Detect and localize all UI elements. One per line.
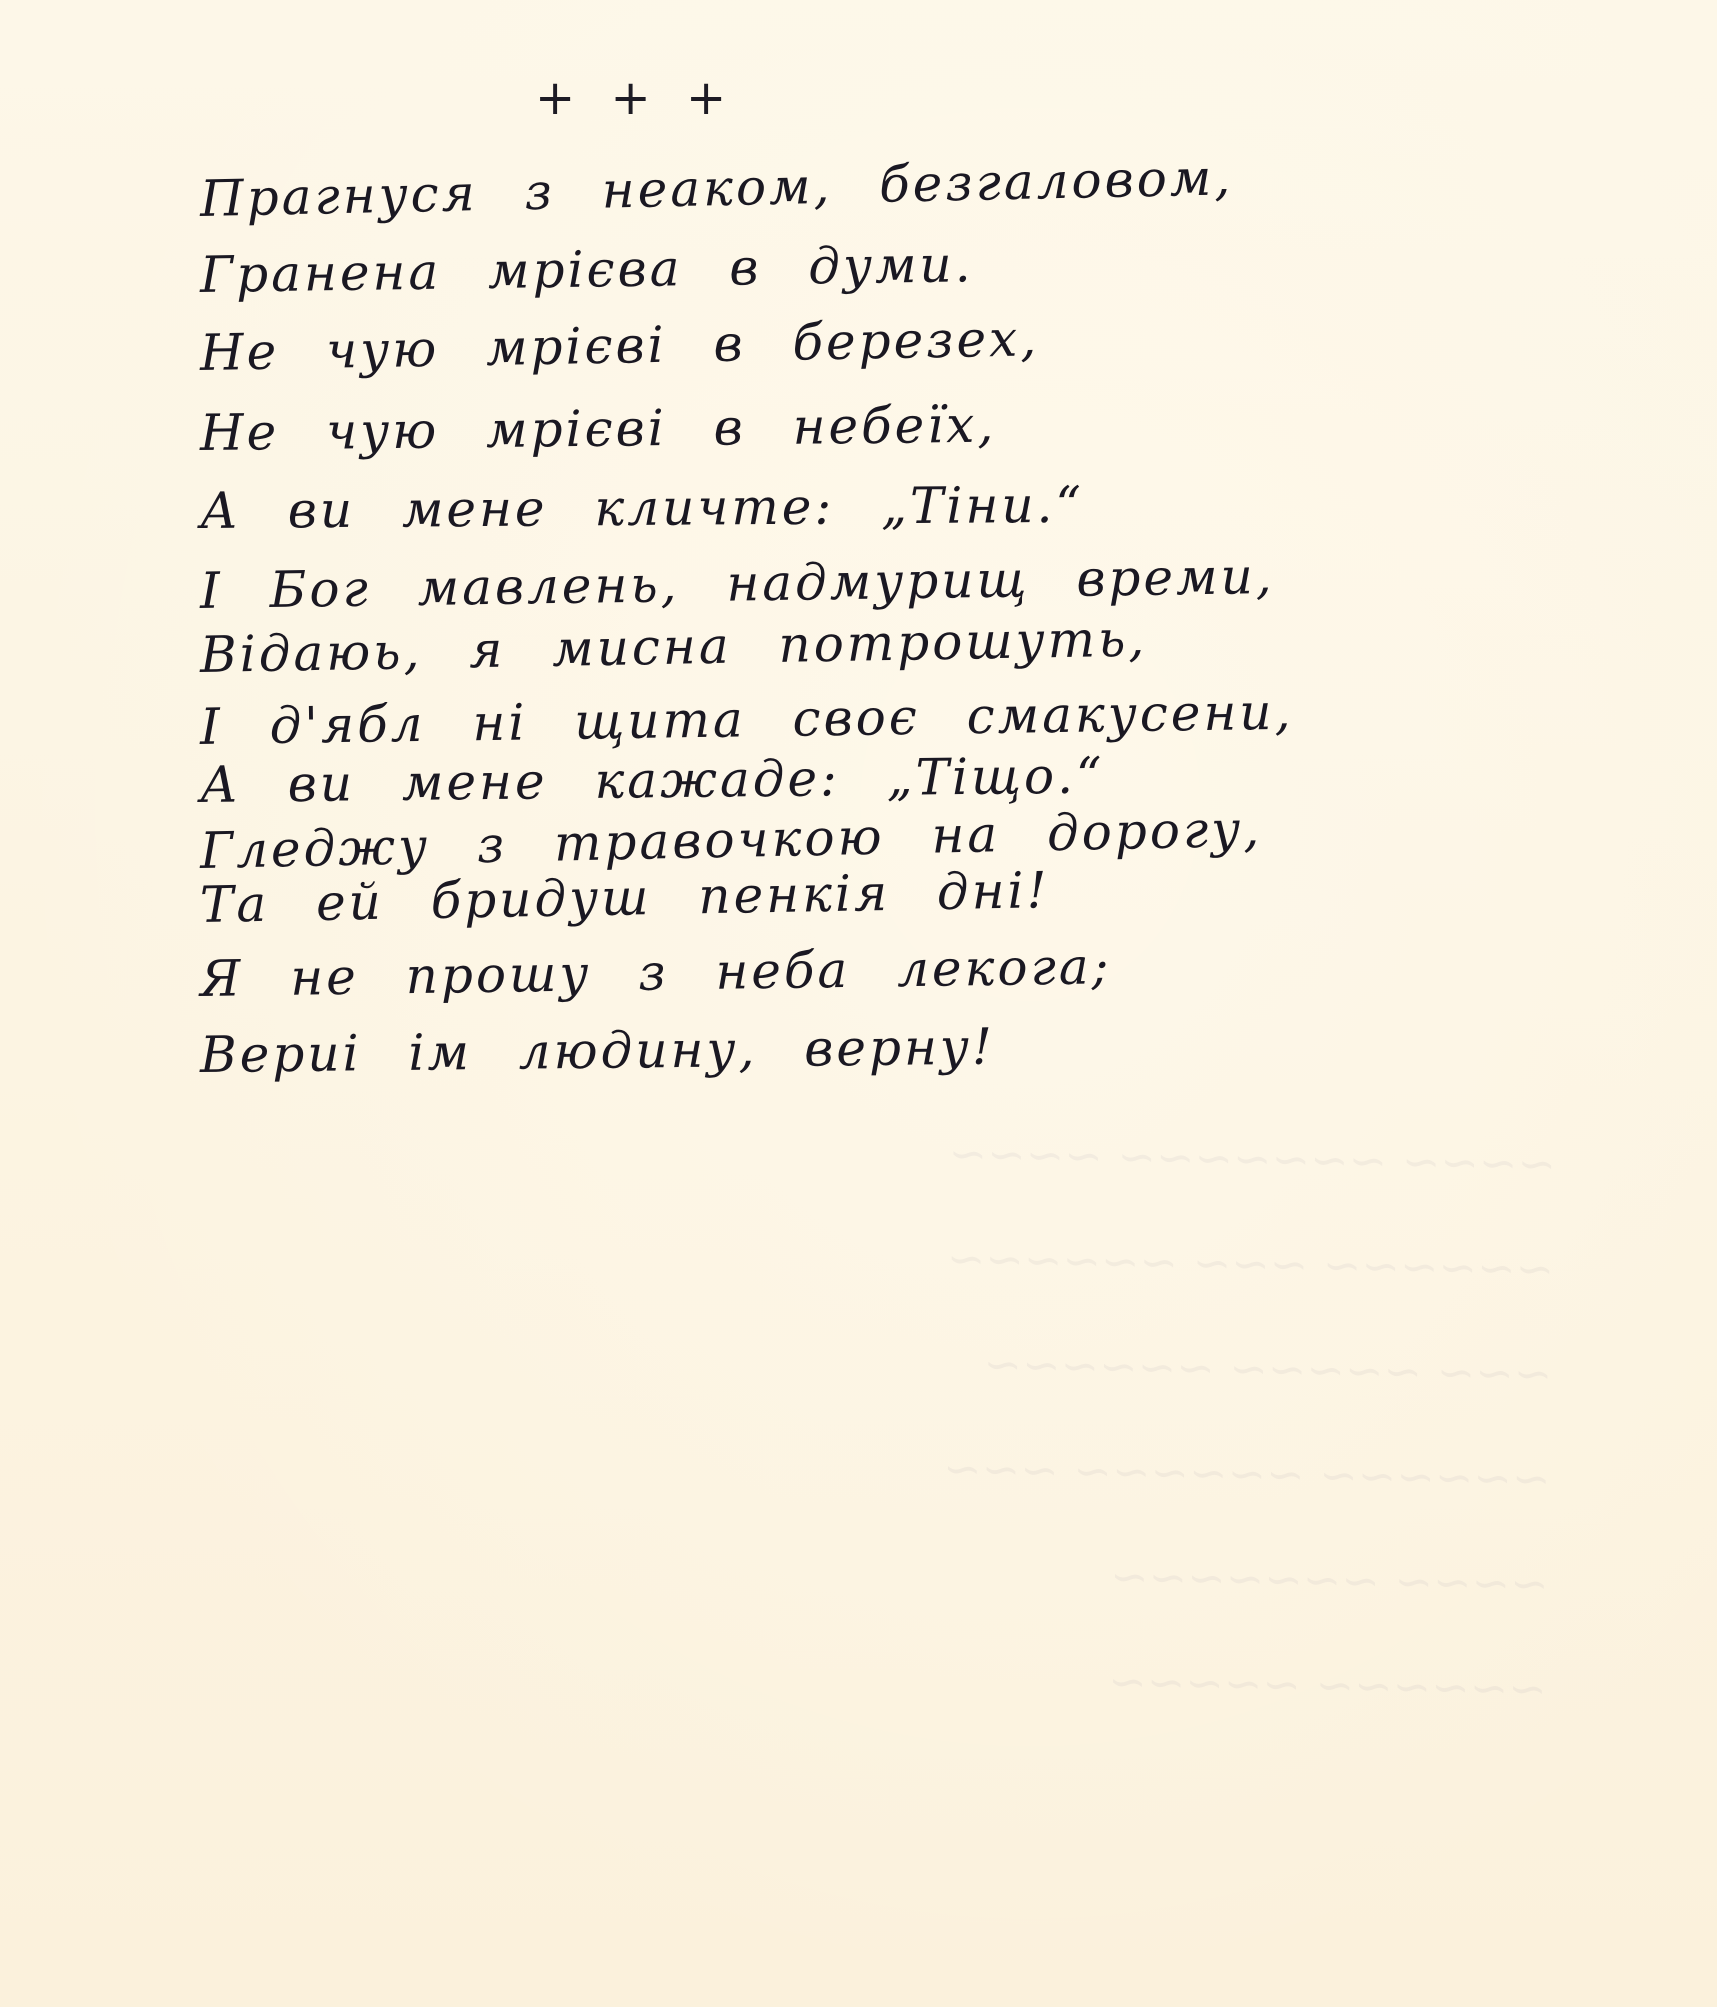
poem-line: А ви мене кличте: „Тіни.“ [200, 474, 1294, 540]
poem-line: Не чую мрієві в небеїх, [200, 393, 1294, 462]
poem-line: Вериі ім людину, верну! [200, 1015, 1294, 1084]
poem-body: Прагнуся з неаком, безгаловом, Гранена м… [200, 170, 1293, 1084]
poem-line: Відаюь, я мисна потрошуть, [199, 607, 1293, 684]
poem-heading: + + + [535, 70, 736, 126]
poem-line: Не чую мрієві в березех, [199, 305, 1293, 382]
poem-line: Я не прошу з неба лекога; [200, 935, 1294, 1008]
poem-line: Гранена мрієва в думи. [200, 231, 1294, 304]
poem-line: І д'ябл ні щита своє смакусени, [200, 683, 1294, 756]
